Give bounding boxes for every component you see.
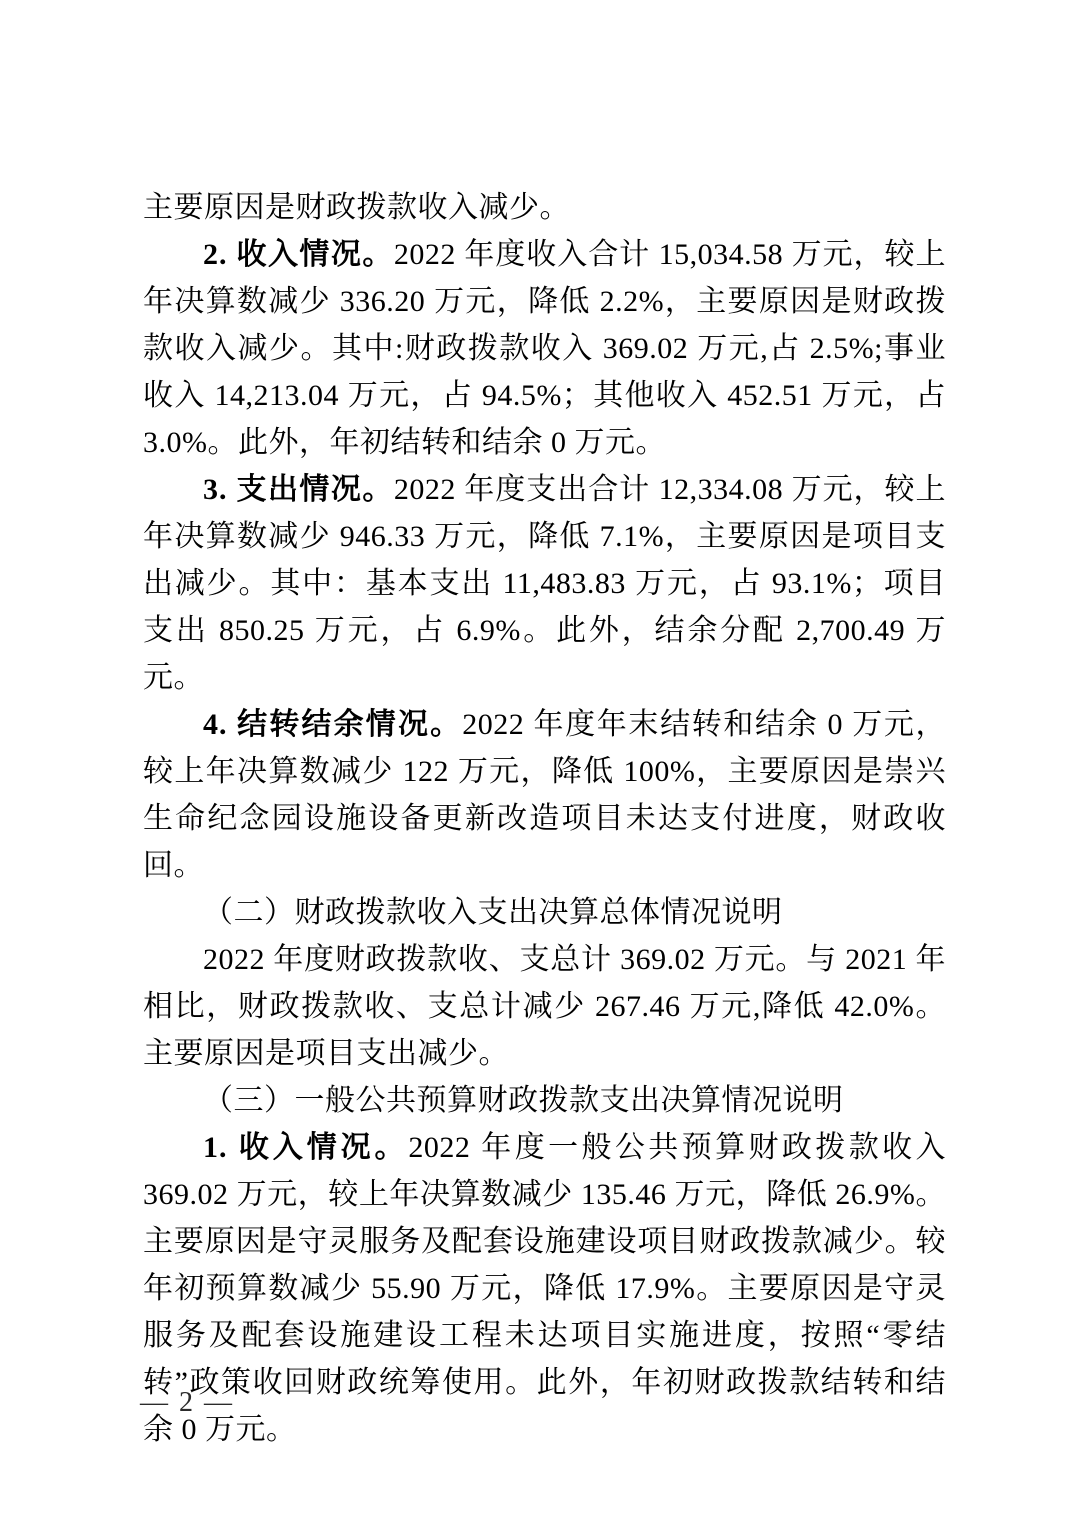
paragraph-text: 主要原因是财政拨款收入减少。 xyxy=(143,191,570,224)
section-heading-text: （三）一般公共预算财政拨款支出决算情况说明 xyxy=(203,1084,844,1117)
section-heading-two: （二）财政拨款收入支出决算总体情况说明 xyxy=(143,889,946,936)
section-heading-text: （二）财政拨款收入支出决算总体情况说明 xyxy=(203,896,783,929)
paragraph-text: 2022 年度财政拨款收、支总计 369.02 万元。与 2021 年相比，财政… xyxy=(143,943,946,1070)
paragraph-text: 2022 年度支出合计 12,334.08 万元，较上年决算数减少 946.33… xyxy=(143,473,946,694)
paragraph-lead: 4. 结转结余情况。 xyxy=(203,708,462,741)
paragraph-income-overview: 2. 收入情况。2022 年度收入合计 15,034.58 万元，较上年决算数减… xyxy=(143,231,946,466)
paragraph-lead: 1. 收入情况。 xyxy=(203,1131,408,1164)
paragraph-public-budget-income: 1. 收入情况。2022 年度一般公共预算财政拨款收入 369.02 万元，较上… xyxy=(143,1124,946,1453)
paragraph-fiscal-appropriation-total: 2022 年度财政拨款收、支总计 369.02 万元。与 2021 年相比，财政… xyxy=(143,936,946,1077)
paragraph-text: 2022 年度收入合计 15,034.58 万元，较上年决算数减少 336.20… xyxy=(143,238,946,459)
paragraph-expenditure-overview: 3. 支出情况。2022 年度支出合计 12,334.08 万元，较上年决算数减… xyxy=(143,466,946,701)
section-heading-three: （三）一般公共预算财政拨款支出决算情况说明 xyxy=(143,1077,946,1124)
paragraph-lead: 3. 支出情况。 xyxy=(203,473,394,506)
paragraph-continuation: 主要原因是财政拨款收入减少。 xyxy=(143,184,946,231)
document-page: 主要原因是财政拨款收入减少。 2. 收入情况。2022 年度收入合计 15,03… xyxy=(0,0,1075,1520)
page-number: — 2 — xyxy=(140,1385,234,1421)
paragraph-lead: 2. 收入情况。 xyxy=(203,238,394,271)
paragraph-text: 2022 年度一般公共预算财政拨款收入 369.02 万元，较上年决算数减少 1… xyxy=(143,1131,946,1446)
paragraph-carryover-overview: 4. 结转结余情况。2022 年度年末结转和结余 0 万元，较上年决算数减少 1… xyxy=(143,701,946,889)
document-body: 主要原因是财政拨款收入减少。 2. 收入情况。2022 年度收入合计 15,03… xyxy=(143,184,946,1453)
